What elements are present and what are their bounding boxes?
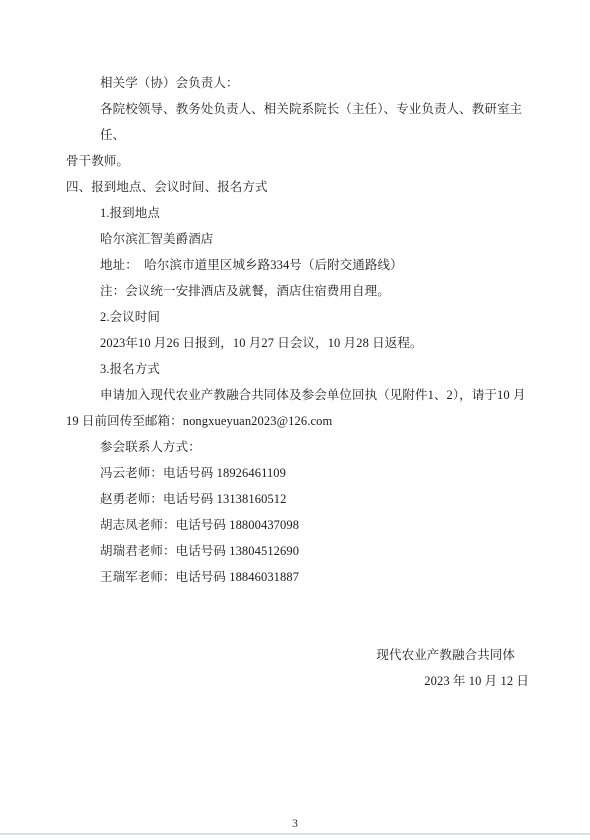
contact-row: 王瑞军老师：电话号码 18846031887 xyxy=(66,564,530,590)
hotel-address: 地址： 哈尔滨市道里区城乡路334号（后附交通路线） xyxy=(66,252,530,278)
hotel-note: 注：会议统一安排酒店及就餐，酒店住宿费用自理。 xyxy=(66,278,530,304)
meeting-schedule: 2023年10 月26 日报到，10 月27 日会议，10 月28 日返程。 xyxy=(66,330,530,356)
contacts-heading: 参会联系人方式： xyxy=(66,434,530,460)
contact-row: 胡志凤老师：电话号码 18800437098 xyxy=(66,512,530,538)
signature-organization: 现代农业产教融合共同体 xyxy=(66,642,530,668)
paragraph-attendees-list-line1: 各院校领导、教务处负责人、相关院系院长（主任）、专业负责人、教研室主任、 xyxy=(66,96,530,148)
contact-row: 冯云老师：电话号码 18926461109 xyxy=(66,460,530,486)
paragraph-attendees-list-line2: 骨干教师。 xyxy=(66,148,530,174)
paragraph-attendees-intro: 相关学（协）会负责人： xyxy=(66,70,530,96)
signup-instruction-line2-email: 19 日前回传至邮箱：nongxueyuan2023@126.com xyxy=(66,408,530,434)
blank-line xyxy=(66,616,530,642)
signup-instruction-line1: 申请加入现代农业产教融合共同体及参会单位回执（见附件1、2），请于10 月 xyxy=(66,382,530,408)
page-bottom-divider xyxy=(0,833,590,835)
subheading-registration-location: 1.报到地点 xyxy=(66,200,530,226)
hotel-name: 哈尔滨汇智美爵酒店 xyxy=(66,226,530,252)
subheading-meeting-time: 2.会议时间 xyxy=(66,304,530,330)
contact-row: 赵勇老师：电话号码 13138160512 xyxy=(66,486,530,512)
document-body: 相关学（协）会负责人： 各院校领导、教务处负责人、相关院系院长（主任）、专业负责… xyxy=(66,70,530,694)
section-heading-4: 四、报到地点、会议时间、报名方式 xyxy=(66,174,530,200)
page-number: 3 xyxy=(0,816,590,832)
document-page: 相关学（协）会负责人： 各院校领导、教务处负责人、相关院系院长（主任）、专业负责… xyxy=(0,0,590,840)
contact-row: 胡瑞君老师：电话号码 13804512690 xyxy=(66,538,530,564)
blank-line xyxy=(66,590,530,616)
signature-date: 2023 年 10 月 12 日 xyxy=(66,668,530,694)
subheading-signup-method: 3.报名方式 xyxy=(66,356,530,382)
